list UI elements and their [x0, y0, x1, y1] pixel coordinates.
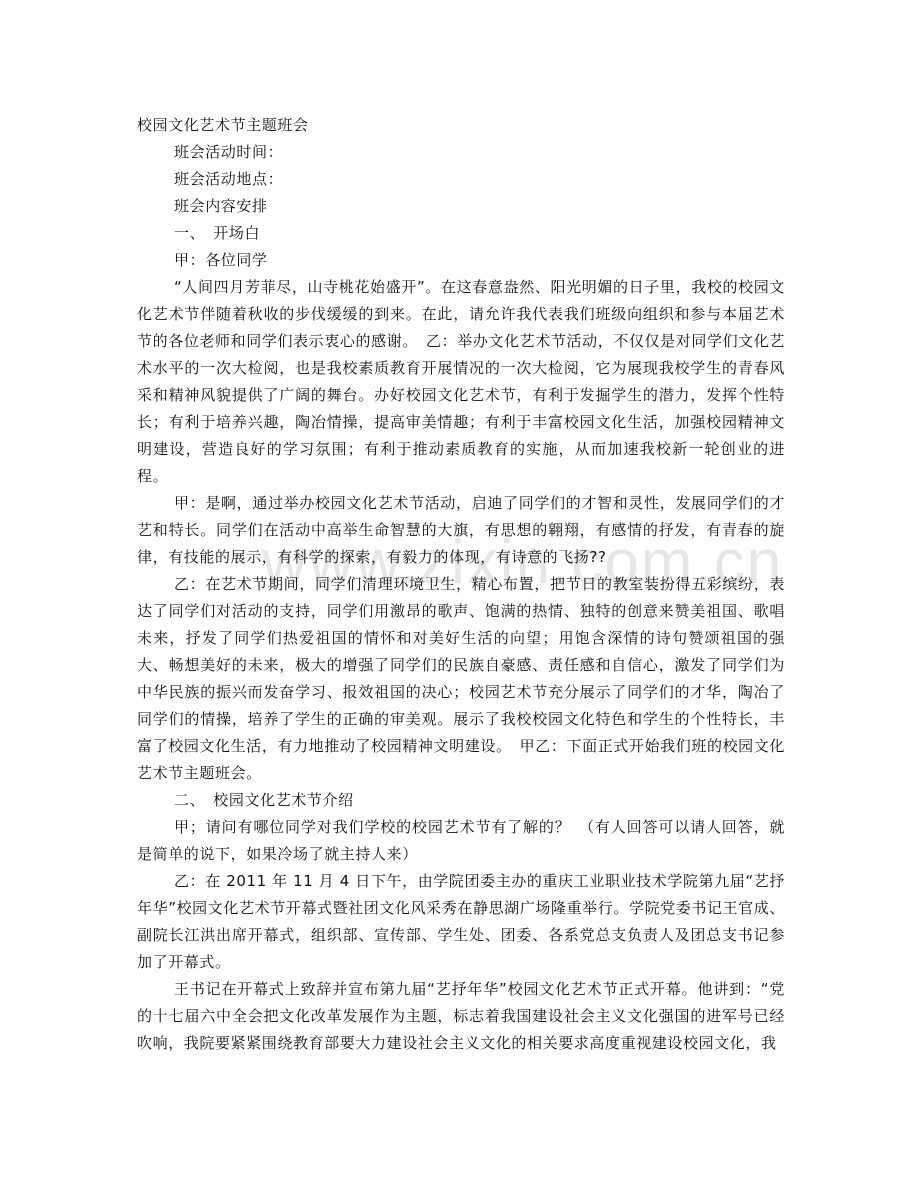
meeting-agenda-label: 班会内容安排 [137, 193, 785, 220]
paragraph-festival-history: 乙：在 2011 年 11 月 4 日下午，由学院团委主办的重庆工业职业技术学院… [137, 868, 785, 976]
host-a-greeting: 甲：各位同学 [137, 247, 785, 274]
meeting-location-label: 班会活动地点： [137, 166, 785, 193]
document-page: 校园文化艺术节主题班会 班会活动时间： 班会活动地点： 班会内容安排 一、 开场… [137, 112, 785, 1057]
paragraph-secretary-speech: 王书记在开幕式上致辞并宣布第九届“艺抒年华”校园文化艺术节正式开幕。他讲到：“党… [137, 976, 785, 1057]
paragraph-question: 甲；请问有哪位同学对我们学校的校园艺术节有了解的？ （有人回答可以请人回答，就是… [137, 814, 785, 868]
paragraph-host-b: 乙：在艺术节期间，同学们清理环境卫生，精心布置，把节日的教室装扮得五彩缤纷，表达… [137, 571, 785, 787]
section-heading-opening: 一、 开场白 [137, 220, 785, 247]
document-title: 校园文化艺术节主题班会 [137, 112, 785, 139]
section-heading-introduction: 二、 校园文化艺术节介绍 [137, 787, 785, 814]
paragraph-host-a: 甲：是啊，通过举办校园文化艺术节活动，启迪了同学们的才智和灵性，发展同学们的才艺… [137, 490, 785, 571]
paragraph-opening-speech: “人间四月芳菲尽，山寺桃花始盛开”。在这春意盎然、阳光明媚的日子里，我校的校园文… [137, 274, 785, 490]
meeting-time-label: 班会活动时间： [137, 139, 785, 166]
